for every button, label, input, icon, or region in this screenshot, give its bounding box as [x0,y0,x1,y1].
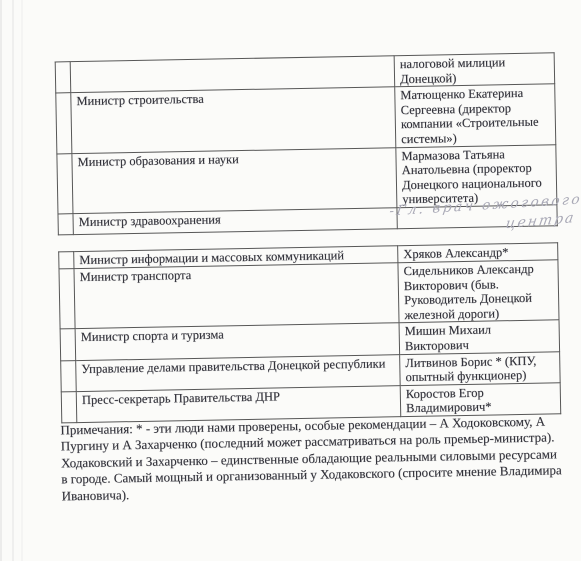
position-cell: Министр здравоохранения [73,208,397,235]
scanned-document-page: налоговой милиции Донецкой) Министр стро… [0,0,581,561]
row-index-cell [57,153,73,214]
position-cell: Министр образования и науки [72,147,397,213]
notes-paragraph: Примечания: * - эти люди нами проверены,… [60,413,562,504]
person-cell: налоговой милиции Донецкой) [394,53,555,87]
table-row: Министр строительства Матющенко Екатерин… [56,84,556,154]
person-cell: Сидельников Александр Викторович (быв. Р… [398,260,559,323]
person-cell: Матющенко Екатерина Сергеевна (директор … [395,84,556,147]
row-index-cell [61,360,77,391]
person-cell: Литвинов Борис * (КПУ, опытный функционе… [400,351,561,385]
row-index-cell [61,391,77,422]
table-row: Министр транспорта Сидельников Александр… [59,260,559,330]
position-cell: Министр строительства [71,87,396,153]
row-index-cell [56,93,72,154]
row-index-cell [59,269,75,330]
row-index-cell [59,252,74,269]
position-cell: Министр транспорта [74,263,399,329]
row-index-cell [60,329,76,360]
row-index-cell [55,62,71,93]
ministers-table-bottom: Министр информации и массовых коммуникац… [58,242,561,423]
person-cell: Коростов Егор Владимирович* [400,383,561,417]
person-cell: Мишин Михаил Викторович [399,320,560,354]
page-content: налоговой милиции Донецкой) Министр стро… [0,0,581,561]
row-index-cell [58,214,73,235]
